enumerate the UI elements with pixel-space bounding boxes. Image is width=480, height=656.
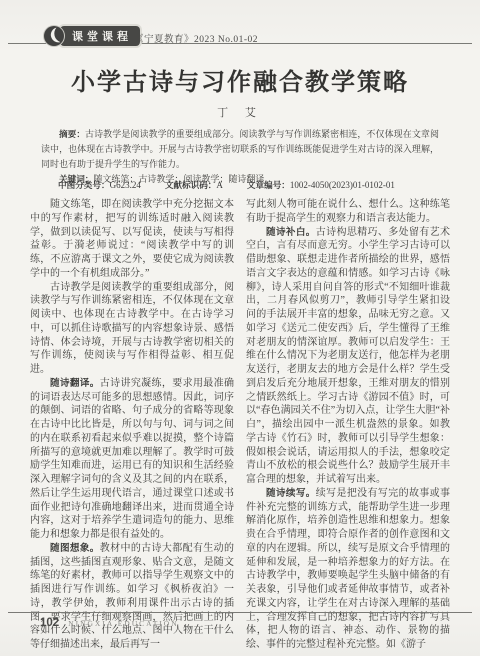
article-no-item: 文章编号：1002-4050(2023)01-0102-01 <box>247 180 395 190</box>
article-no-value: 1002-4050(2023)01-0102-01 <box>290 180 395 190</box>
doc-code-label: 文献标识码： <box>165 180 217 190</box>
body-paragraph: 随诗补白。古诗构思精巧、多处留有艺术空白，言有尽而意无穷。小学生学习古诗可以借助… <box>246 226 450 487</box>
body-paragraph: 随文练笔，即在阅读教学中充分挖掘文本中的写作素材，把写的训练适时融入阅读教学，做… <box>30 198 234 281</box>
journal-page: 课堂课程 《宁夏教育》2023 No.01-02 小学古诗与习作融合教学策略 丁… <box>0 0 480 656</box>
article-author: 丁 艾 <box>0 104 480 120</box>
paragraph-lead: 随图想象。 <box>50 543 100 554</box>
journal-issue-info: 《宁夏教育》2023 No.01-02 <box>134 31 258 45</box>
article-body: 随文练笔，即在阅读教学中充分挖掘文本中的写作素材，把写的训练适时融入阅读教学，做… <box>30 198 450 652</box>
body-paragraph: 古诗教学是阅读教学的重要组成部分，阅读教学与写作训练紧密相连，不仅体现在文章阅读… <box>30 281 234 377</box>
journal-name-english: NINGXIA EDUCATION <box>68 619 178 628</box>
body-paragraph: 随图想象。教材中的古诗大都配有生动的插图，这些插图直观形象、贴合文意，是随文练笔… <box>30 542 234 652</box>
article-no-label: 文章编号： <box>247 180 290 190</box>
classification-row: 中图分类号：G623.24文献标识码：A文章编号：1002-4050(2023)… <box>41 179 451 191</box>
section-badge-group: 课堂课程 <box>42 24 140 48</box>
paragraph-lead: 随诗翻译。 <box>50 378 100 389</box>
paragraph-lead: 随诗续写。 <box>266 488 316 499</box>
footer-divider <box>8 612 472 613</box>
page-title: 小学古诗与习作融合教学策略 <box>0 62 480 97</box>
doc-code-item: 文献标识码：A <box>165 180 223 190</box>
body-column-right: 写此刻人物可能在说什么、想什么。这种练笔有助于提高学生的观察力和语言表达能力。随… <box>246 198 450 652</box>
body-paragraph: 写此刻人物可能在说什么、想什么。这种练笔有助于提高学生的观察力和语言表达能力。 <box>246 198 450 226</box>
body-column-left: 随文练笔，即在阅读教学中充分挖掘文本中的写作素材，把写的训练适时融入阅读教学，做… <box>30 198 234 652</box>
doc-code-value: A <box>216 180 223 190</box>
abstract-text: 古诗教学是阅读教学的重要组成部分。阅读教学与写作训练紧密相连，不仅体现在文章阅读… <box>41 129 439 169</box>
page-number: 102 <box>40 617 59 629</box>
abstract-label: 摘要： <box>59 129 85 139</box>
crescent-moon-icon <box>42 24 66 48</box>
clc-item: 中图分类号：G623.24 <box>58 180 141 190</box>
section-badge: 课堂课程 <box>60 26 140 46</box>
footer: 102 NINGXIA EDUCATION <box>40 617 179 629</box>
paragraph-lead: 随诗补白。 <box>266 227 316 238</box>
abstract-block: 摘要：古诗教学是阅读教学的重要组成部分。阅读教学与写作训练紧密相连，不仅体现在文… <box>41 127 439 187</box>
abstract-paragraph: 摘要：古诗教学是阅读教学的重要组成部分。阅读教学与写作训练紧密相连，不仅体现在文… <box>41 127 439 172</box>
clc-label: 中图分类号： <box>58 180 110 190</box>
body-paragraph: 随诗翻译。古诗讲究凝练，要求用最准确的词语表达尽可能多的思想感情。因此，词序的颠… <box>30 377 234 542</box>
clc-value: G623.24 <box>110 180 141 190</box>
body-paragraph: 随诗续写。续写是把没有写完的故事或事件补充完整的训练方式，能帮助学生进一步理解消… <box>246 487 450 652</box>
